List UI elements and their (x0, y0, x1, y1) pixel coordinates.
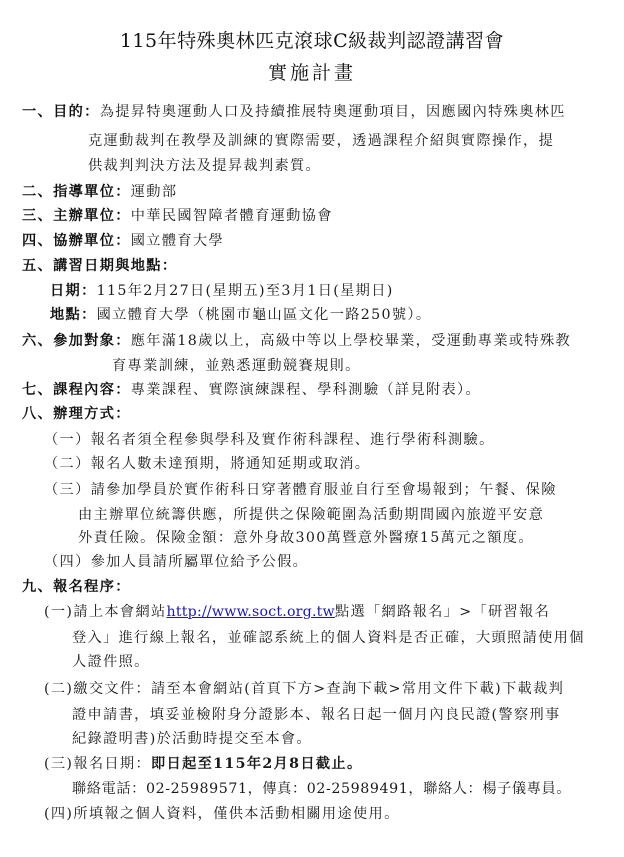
item-text: 報名者須全程參與學科及實作術科課程、進行學術科測驗。 (91, 432, 495, 448)
item-number: (一) (44, 604, 73, 620)
section-text: 應年滿18歲以上，高級中等以上學校畢業，受運動專業或特殊教 (131, 333, 571, 349)
document-subtitle: 實施計畫 (0, 58, 624, 85)
section-text: 克運動裁判在教學及訓練的實際需要，透過課程介紹與實際操作，提 (88, 132, 554, 150)
section-text: 育專業訓練，並熟悉運動競賽規則。 (112, 357, 361, 375)
deadline-text: 即日起至115年2月8日截止。 (151, 756, 362, 772)
section-text: 供裁判判決方法及提昇裁判素質。 (88, 157, 321, 175)
section-date-place-label: 五、講習日期與地點： (22, 257, 177, 275)
item-number: （四） (44, 554, 91, 570)
item-number: (二) (44, 681, 73, 697)
section-organizer: 三、主辦單位：中華民國智障者體育運動協會 (22, 207, 333, 225)
item-text: 請上本會網站 (73, 604, 166, 620)
section-label: 四、協辦單位： (22, 233, 131, 249)
method-item: （二）報名人數未達預期，將通知延期或取消。 (44, 455, 370, 473)
item-text: 報名日期： (73, 756, 151, 772)
section-label: 一、目的： (22, 104, 100, 120)
section-purpose: 一、目的：為提昇特奧運動人口及持續推展特奧運動項目，因應國內特殊奧林匹 (22, 103, 566, 121)
item-text: 請參加學員於實作術科日穿著體育服並自行至會場報到；午餐、保險 (91, 482, 557, 498)
item-text: 所填報之個人資料，僅供本活動相關用途使用。 (73, 806, 399, 822)
section-label: 二、指導單位： (22, 184, 131, 200)
date-label: 日期： (50, 283, 97, 299)
date-value: 115年2月27日(星期五)至3月1日(星期日) (97, 283, 394, 299)
registration-item: (二)繳交文件：請至本會網站(首頁下方>查詢下載>常用文件下載)下載裁判 (44, 680, 564, 698)
section-date: 日期：115年2月27日(星期五)至3月1日(星期日) (50, 282, 394, 300)
item-number: (三) (44, 756, 73, 772)
registration-item: (一)請上本會網站http://www.soct.org.tw點選「網路報名」>… (44, 603, 550, 621)
contact-info: 聯絡電話：02-25989571，傳真：02-25989491，聯絡人：楊子儀專… (72, 780, 571, 798)
section-label: 三、主辦單位： (22, 208, 131, 224)
item-number: （一） (44, 432, 91, 448)
item-number: （三） (44, 482, 91, 498)
method-item: （四）參加人員請所屬單位給予公假。 (44, 553, 308, 571)
item-text: 人證件照。 (72, 653, 150, 671)
item-text: 外責任險。保險金額：意外身故300萬暨意外醫療15萬元之額度。 (78, 529, 534, 547)
section-method-label: 八、辦理方式： (22, 405, 131, 423)
item-number: (四) (44, 806, 73, 822)
item-text: 證申請書，填妥並檢附身分證影本、報名日起一個月內良民證(警察刑事 (72, 706, 561, 724)
item-number: （二） (44, 456, 91, 472)
section-value: 專業課程、實際演練課程、學科測驗（詳見附表）。 (131, 382, 481, 398)
item-text: 繳交文件：請至本會網站(首頁下方>查詢下載>常用文件下載)下載裁判 (73, 681, 564, 697)
section-text: 為提昇特奧運動人口及持續推展特奧運動項目，因應國內特殊奧林匹 (100, 104, 566, 120)
section-label: 七、課程內容： (22, 382, 131, 398)
item-text: 紀錄證明書)於活動時提交至本會。 (72, 730, 312, 748)
document-title: 115年特殊奧林匹克滾球C級裁判認證講習會 (0, 26, 624, 53)
section-participants: 六、參加對象：應年滿18歲以上，高級中等以上學校畢業，受運動專業或特殊教 (22, 332, 571, 350)
section-supervisor: 二、指導單位：運動部 (22, 183, 177, 201)
registration-item: (三)報名日期：即日起至115年2月8日截止。 (44, 755, 363, 773)
section-course: 七、課程內容：專業課程、實際演練課程、學科測驗（詳見附表）。 (22, 381, 481, 399)
method-item: （一）報名者須全程參與學科及實作術科課程、進行學術科測驗。 (44, 431, 495, 449)
section-place: 地點：國立體育大學（桃園市龜山區文化一路250號）。 (50, 306, 431, 324)
section-registration-label: 九、報名程序： (22, 578, 131, 596)
registration-item: (四)所填報之個人資料，僅供本活動相關用途使用。 (44, 805, 400, 823)
item-text: 登入」進行線上報名，並確認系統上的個人資料是否正確，大頭照請使用個 (72, 629, 585, 647)
item-text: 由主辦單位統籌供應，所提供之保險範圍為活動期間國內旅遊平安意 (78, 506, 544, 524)
website-link[interactable]: http://www.soct.org.tw (167, 604, 335, 620)
section-label: 六、參加對象： (22, 333, 131, 349)
place-value: 國立體育大學（桃園市龜山區文化一路250號）。 (97, 307, 432, 323)
item-text: 參加人員請所屬單位給予公假。 (91, 554, 309, 570)
item-text: 點選「網路報名」>「研習報名 (335, 604, 550, 620)
section-value: 中華民國智障者體育運動協會 (131, 208, 333, 224)
method-item: （三）請參加學員於實作術科日穿著體育服並自行至會場報到；午餐、保險 (44, 481, 557, 499)
place-label: 地點： (50, 307, 97, 323)
section-value: 運動部 (131, 184, 178, 200)
section-value: 國立體育大學 (131, 233, 224, 249)
item-text: 報名人數未達預期，將通知延期或取消。 (91, 456, 371, 472)
section-co-organizer: 四、協辦單位：國立體育大學 (22, 232, 224, 250)
